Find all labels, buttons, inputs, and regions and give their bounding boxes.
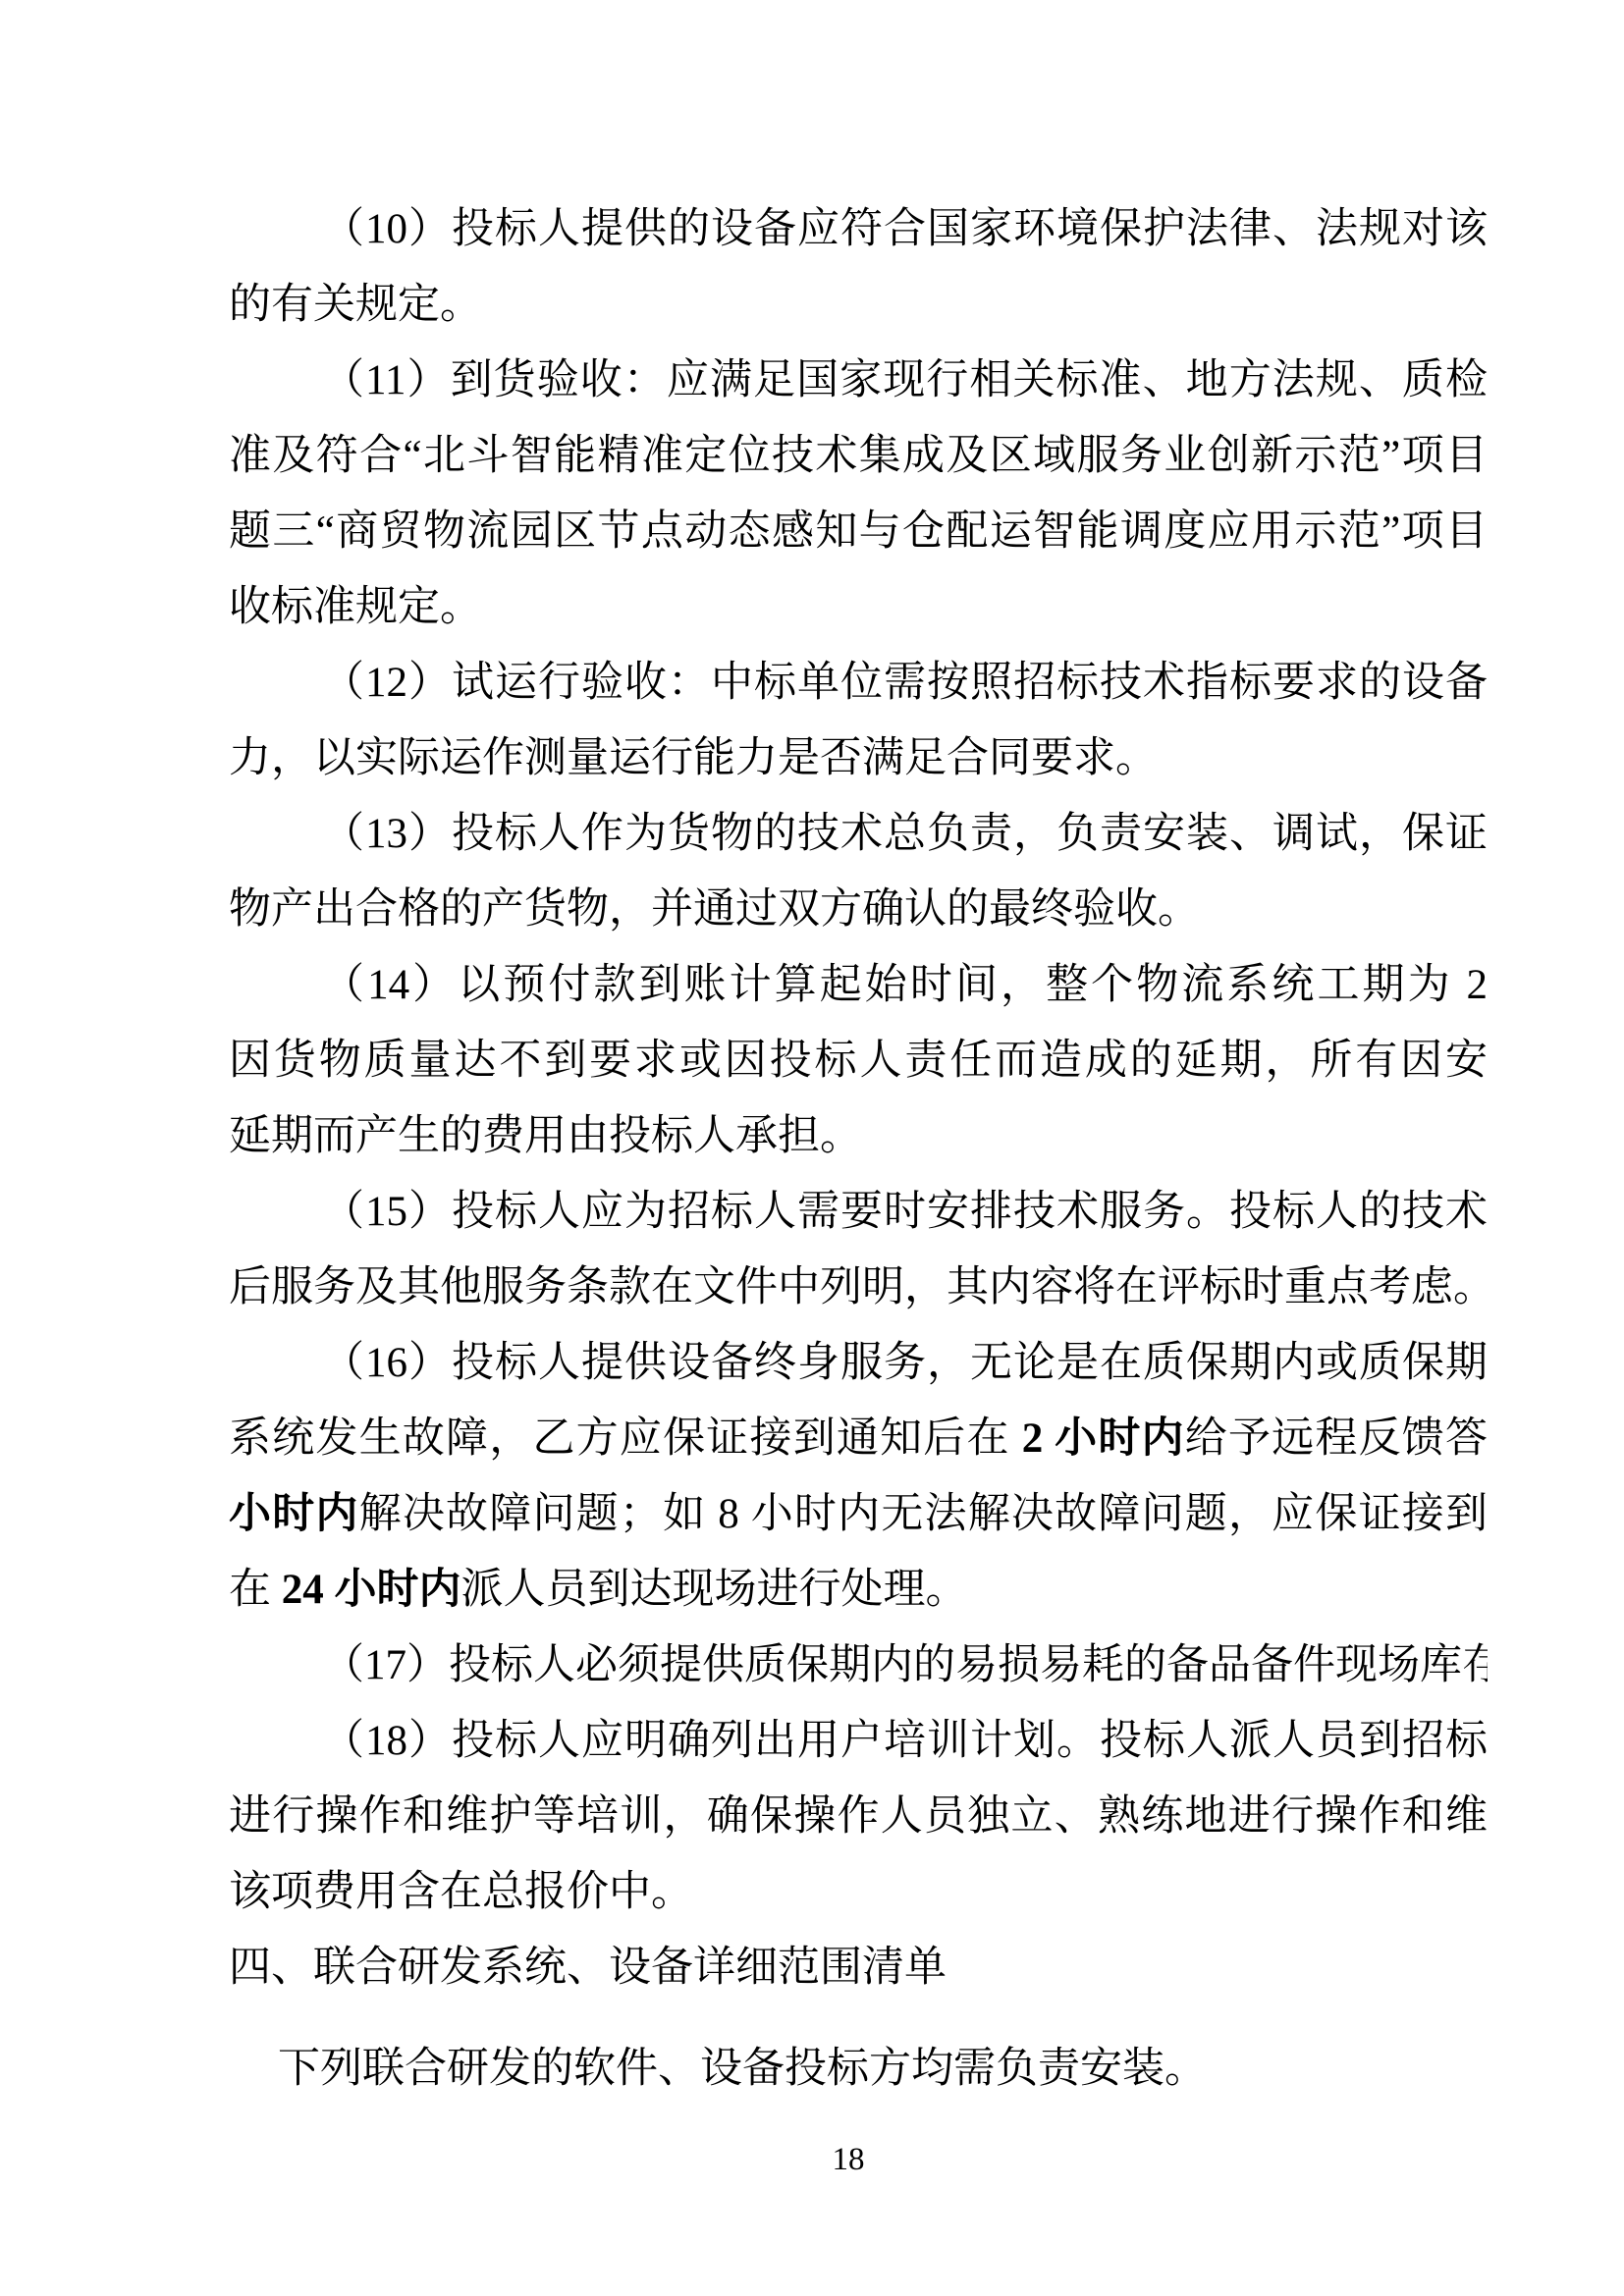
text-line: 延期而产生的费用由投标人承担。	[229, 1098, 1488, 1174]
text-line: 在 24 小时内派人员到达现场进行处理。	[229, 1552, 1488, 1628]
text-line: 力，以实际运作测量运行能力是否满足合同要求。	[229, 721, 1488, 796]
text-line: （14）以预付款到账计算起始时间，整个物流系统工期为 2 月。如果	[229, 947, 1488, 1023]
text-segment: 解决故障问题；如 8 小时内无法解决故障问题，应保证接到通知后	[229, 1491, 1488, 1552]
text-segment: （10）投标人提供的设备应符合国家环境保护法律、法规对该种设备	[229, 206, 1488, 267]
text-segment: 因货物质量达不到要求或因投标人责任而造成的延期，所有因安装、调试	[229, 1038, 1488, 1098]
text-segment: 下列联合研发的软件、设备投标方均需负责安装。	[278, 2046, 1207, 2092]
text-line: （17）投标人必须提供质保期内的易损易耗的备品备件现场库存。	[229, 1628, 1488, 1703]
text-segment: （17）投标人必须提供质保期内的易损易耗的备品备件现场库存。	[322, 1642, 1488, 1688]
text-line: 因货物质量达不到要求或因投标人责任而造成的延期，所有因安装、调试	[229, 1023, 1488, 1098]
text-segment: 四、联合研发系统、设备详细范围清单	[229, 1945, 947, 1991]
text-line: （10）投标人提供的设备应符合国家环境保护法律、法规对该种设备	[229, 191, 1488, 267]
text-segment: （13）投标人作为货物的技术总负责，负责安装、调试，保证所供货	[229, 811, 1488, 872]
text-line: （16）投标人提供设备终身服务，无论是在质保期内或质保期后，若	[229, 1325, 1488, 1401]
text-line: 进行操作和维护等培训，确保操作人员独立、熟练地进行操作和维修保养，	[229, 1779, 1488, 1854]
text-line: 下列联合研发的软件、设备投标方均需负责安装。	[229, 2031, 1488, 2107]
bold-text-segment: 2 小时内	[1022, 1415, 1185, 1462]
text-segment: （18）投标人应明确列出用户培训计划。投标人派人员到招标人现场	[229, 1718, 1488, 1779]
text-line: （18）投标人应明确列出用户培训计划。投标人派人员到招标人现场	[229, 1703, 1488, 1779]
text-line: 小时内解决故障问题；如 8 小时内无法解决故障问题，应保证接到通知后	[229, 1476, 1488, 1552]
bold-text-segment: 小时内	[229, 1491, 359, 1537]
page-footer: 18	[0, 2140, 1624, 2179]
text-line: （15）投标人应为招标人需要时安排技术服务。投标人的技术服务、售	[229, 1174, 1488, 1250]
text-segment: 收标准规定。	[229, 584, 482, 630]
text-segment: 的有关规定。	[229, 282, 482, 328]
text-line: 物产出合格的产货物，并通过双方确认的最终验收。	[229, 872, 1488, 947]
text-segment: （16）投标人提供设备终身服务，无论是在质保期内或质保期后，若	[229, 1340, 1488, 1401]
text-segment: 准及符合“北斗智能精准定位技术集成及区域服务业创新示范”项目下课	[229, 433, 1488, 494]
text-segment: （11）到货验收：应满足国家现行相关标准、地方法规、质检验收标	[229, 357, 1488, 418]
text-line: 准及符合“北斗智能精准定位技术集成及区域服务业创新示范”项目下课	[229, 418, 1488, 494]
text-segment: 派人员到达现场进行处理。	[461, 1567, 968, 1613]
bold-text-segment: 24 小时内	[282, 1567, 461, 1613]
page-number: 18	[833, 2142, 865, 2177]
text-segment: 系统发生故障，乙方应保证接到通知后在	[229, 1415, 1022, 1462]
text-segment: 进行操作和维护等培训，确保操作人员独立、熟练地进行操作和维修保养，	[229, 1793, 1488, 1854]
text-segment: 延期而产生的费用由投标人承担。	[229, 1113, 862, 1159]
text-line: （12）试运行验收：中标单位需按照招标技术指标要求的设备作业能	[229, 645, 1488, 721]
text-segment: 后服务及其他服务条款在文件中列明，其内容将在评标时重点考虑。	[229, 1264, 1488, 1310]
text-line: 收标准规定。	[229, 569, 1488, 645]
text-line: 题三“商贸物流园区节点动态感知与仓配运智能调度应用示范”项目的验	[229, 494, 1488, 569]
text-segment: 题三“商贸物流园区节点动态感知与仓配运智能调度应用示范”项目的验	[229, 508, 1488, 569]
text-line: 的有关规定。	[229, 267, 1488, 343]
text-line: （13）投标人作为货物的技术总负责，负责安装、调试，保证所供货	[229, 796, 1488, 872]
text-line: 后服务及其他服务条款在文件中列明，其内容将在评标时重点考虑。	[229, 1250, 1488, 1325]
text-line: 该项费用含在总报价中。	[229, 1854, 1488, 1930]
text-segment: 物产出合格的产货物，并通过双方确认的最终验收。	[229, 886, 1200, 933]
text-segment: （14）以预付款到账计算起始时间，整个物流系统工期为 2 月。如果	[229, 962, 1488, 1023]
text-segment: 该项费用含在总报价中。	[229, 1869, 693, 1915]
text-line: 系统发生故障，乙方应保证接到通知后在 2 小时内给予远程反馈答复，8	[229, 1401, 1488, 1476]
text-segment: 在	[229, 1567, 282, 1613]
text-line: （11）到货验收：应满足国家现行相关标准、地方法规、质检验收标	[229, 343, 1488, 418]
document-body: （10）投标人提供的设备应符合国家环境保护法律、法规对该种设备的有关规定。（11…	[229, 191, 1488, 2107]
text-segment: （15）投标人应为招标人需要时安排技术服务。投标人的技术服务、售	[229, 1189, 1488, 1250]
section-heading: 四、联合研发系统、设备详细范围清单	[229, 1930, 1488, 2005]
text-segment: 力，以实际运作测量运行能力是否满足合同要求。	[229, 735, 1158, 781]
text-segment: （12）试运行验收：中标单位需按照招标技术指标要求的设备作业能	[229, 660, 1488, 721]
document-page: （10）投标人提供的设备应符合国家环境保护法律、法规对该种设备的有关规定。（11…	[0, 0, 1624, 2296]
